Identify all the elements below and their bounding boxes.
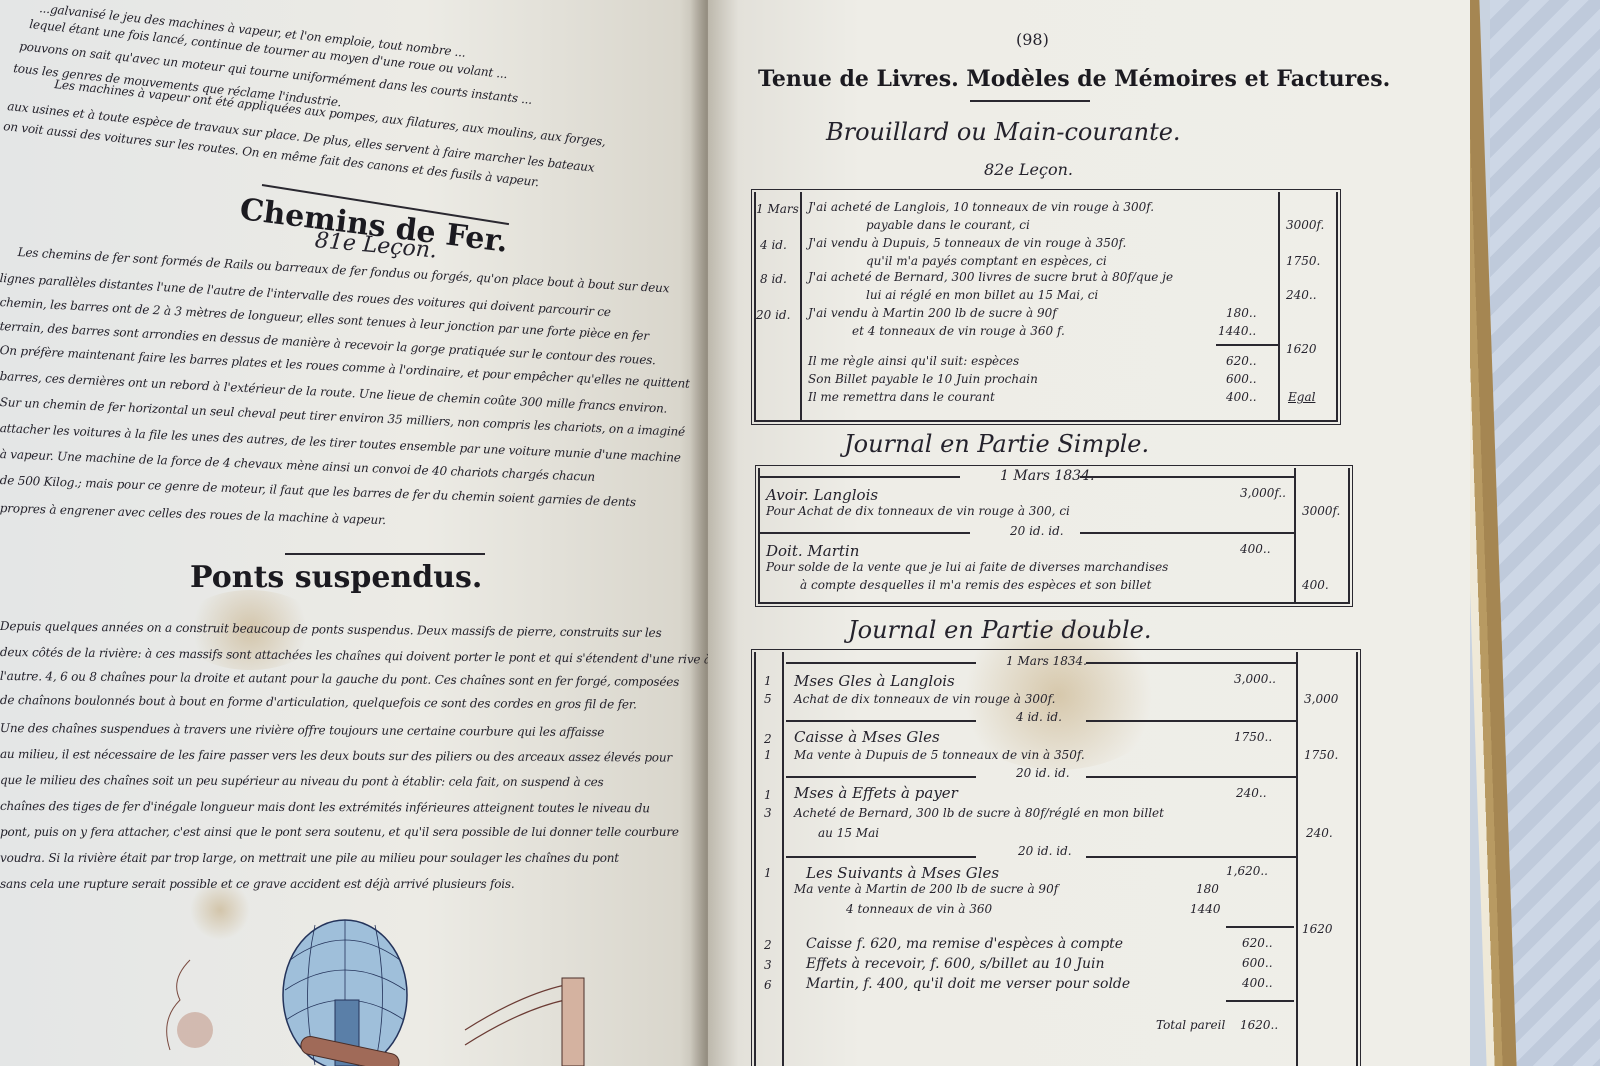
brouillard-ledger: 1 Mars J'ai acheté de Langlois, 10 tonne… (754, 192, 1338, 422)
folio-column-rule (782, 652, 784, 1066)
body-line: Depuis quelques années on a construit be… (0, 620, 700, 639)
subtotal-rule (1216, 344, 1278, 346)
date-rule (786, 662, 976, 664)
entry-line: lui ai réglé en mon billet au 15 Mai, ci (866, 288, 1098, 302)
entry-total: 1620 (1286, 342, 1317, 356)
left-page: ...galvanisé le jeu des machines à vapeu… (0, 0, 708, 1066)
entry-line: J'ai acheté de Bernard, 300 livres de su… (808, 270, 1173, 284)
folio: 5 (764, 692, 772, 706)
row-amount: 180 (1196, 882, 1219, 896)
block-total: 1620 (1302, 922, 1333, 936)
journal-simple-ledger: 1 Mars 1834. Avoir. Langlois 3,000f.. Po… (758, 468, 1350, 604)
block-date: 20 id. id. (1016, 766, 1070, 780)
journal-row: Mses à Effets à payer (794, 784, 958, 802)
entry-line: J'ai vendu à Martin 200 lb de sucre à 90… (808, 306, 1057, 320)
row-amount: 1440 (1190, 902, 1221, 916)
journal-row: Mses Gles à Langlois (794, 672, 955, 690)
body-line: chaînes des tiges de fer d'inégale longu… (0, 800, 700, 814)
account-name: Doit. Martin (766, 542, 859, 560)
title-ornament (970, 100, 1090, 102)
settlement-line: Il me règle ainsi qu'il suit: espèces (808, 354, 1019, 368)
journal-row: Martin, f. 400, qu'il doit me verser pou… (806, 976, 1130, 992)
folio: 1 (764, 748, 772, 762)
illustration-balloon-bridge (100, 900, 620, 1066)
settlement-amount: 600.. (1226, 372, 1257, 386)
settlement-equal: Egal (1288, 390, 1315, 404)
block-date: 20 id. id. (1010, 524, 1064, 538)
date-rule (786, 720, 976, 722)
journal-row: au 15 Mai (818, 826, 879, 840)
body-line: pont, puis on y fera attacher, c'est ain… (0, 826, 700, 838)
date-rule (786, 856, 976, 858)
journal-row: Ma vente à Martin de 200 lb de sucre à 9… (794, 882, 1058, 896)
settlement-line: Son Billet payable le 10 Juin prochain (808, 372, 1038, 386)
entry-desc: Pour Achat de dix tonneaux de vin rouge … (766, 504, 1070, 518)
folio: 3 (764, 958, 772, 972)
journal-double-title: Journal en Partie double. (848, 616, 1152, 644)
date-rule (1086, 662, 1296, 664)
row-amount: 1750.. (1234, 730, 1272, 744)
ornament-rule (285, 553, 485, 555)
account-name: Avoir. Langlois (766, 486, 878, 504)
subtotal-rule (1226, 926, 1294, 928)
entry-date: 1 Mars (756, 202, 799, 216)
folio: 1 (764, 674, 772, 688)
section-title-ponts-suspendus: Ponts suspendus. (190, 560, 482, 595)
entry-desc: Pour solde de la vente que je lui ai fai… (766, 560, 1168, 574)
body-line: deux côtés de la rivière: à ces massifs … (0, 646, 700, 665)
settlement-amount: 620.. (1226, 354, 1257, 368)
entry-line: et 4 tonneaux de vin rouge à 360 f. (852, 324, 1065, 338)
body-line: au milieu, il est nécessaire de les fair… (0, 748, 700, 764)
entry-total: 3000f. (1286, 218, 1324, 232)
row-amount: 240.. (1236, 786, 1267, 800)
grand-total: 1620.. (1240, 1018, 1278, 1032)
date-rule (1086, 776, 1296, 778)
entry-line: J'ai acheté de Langlois, 10 tonneaux de … (808, 200, 1154, 214)
grand-total-label: Total pareil (1156, 1018, 1225, 1032)
journal-row: Acheté de Bernard, 300 lb de sucre à 80f… (794, 806, 1164, 820)
account-amount: 400.. (1240, 542, 1271, 556)
right-page: (98) Tenue de Livres. Modèles de Mémoire… (708, 0, 1470, 1066)
journal-row: Caisse f. 620, ma remise d'espèces à com… (806, 936, 1123, 952)
row-amount: 620.. (1242, 936, 1273, 950)
body-line: voudra. Si la rivière était par trop lar… (0, 852, 700, 864)
entry-line: J'ai vendu à Dupuis, 5 tonneaux de vin r… (808, 236, 1126, 250)
entry-subtotal: 180.. (1226, 306, 1257, 320)
entry-date: 4 id. (760, 238, 787, 252)
date-rule (760, 476, 960, 478)
folio: 6 (764, 978, 772, 992)
entry-desc: à compte desquelles il m'a remis des esp… (800, 578, 1151, 592)
entry-total: 1750. (1286, 254, 1320, 268)
body-line: sans cela une rupture serait possible et… (0, 878, 700, 890)
row-amount: 600.. (1242, 956, 1273, 970)
lesson-82: 82e Leçon. (984, 160, 1073, 179)
block-total: 3,000 (1304, 692, 1338, 706)
body-line: que le milieu des chaînes soit un peu su… (0, 774, 700, 788)
date-rule (786, 776, 976, 778)
date-rule (1086, 720, 1296, 722)
entry-total: 3000f. (1302, 504, 1340, 518)
total-column-rule (1278, 192, 1280, 420)
entry-date: 8 id. (760, 272, 787, 286)
entry-subtotal: 1440.. (1218, 324, 1256, 338)
block-date: 4 id. id. (1016, 710, 1062, 724)
page-number: (98) (1016, 30, 1049, 49)
date-rule (1086, 856, 1296, 858)
journal-row: Effets à recevoir, f. 600, s/billet au 1… (806, 956, 1105, 972)
block-total: 240. (1306, 826, 1333, 840)
folio: 1 (764, 788, 772, 802)
block-date: 1 Mars 1834. (1006, 654, 1087, 668)
row-amount: 400.. (1242, 976, 1273, 990)
journal-double-ledger: 1 Mars 1834. 1 Mses Gles à Langlois 3,00… (754, 652, 1358, 1066)
entry-total: 400. (1302, 578, 1329, 592)
block-total: 1750. (1304, 748, 1338, 762)
subtotal-rule (1226, 1000, 1294, 1002)
settlement-amount: 400.. (1226, 390, 1257, 404)
row-amount: 1,620.. (1226, 864, 1268, 878)
page-title: Tenue de Livres. Modèles de Mémoires et … (758, 66, 1390, 92)
journal-row: Achat de dix tonneaux de vin rouge à 300… (794, 692, 1055, 706)
entry-line: qu'il m'a payés comptant en espèces, ci (866, 254, 1107, 268)
folio: 2 (764, 938, 772, 952)
account-amount: 3,000f.. (1240, 486, 1286, 500)
total-column-rule (1294, 468, 1296, 602)
date-rule (760, 532, 970, 534)
body-line: Une des chaînes suspendues à travers une… (0, 722, 700, 739)
date-rule (1080, 476, 1294, 478)
journal-row: Caisse à Mses Gles (794, 728, 940, 746)
body-line: l'autre. 4, 6 ou 8 chaînes pour la droit… (0, 670, 700, 688)
settlement-line: Il me remettra dans le courant (808, 390, 995, 404)
folio: 2 (764, 732, 772, 746)
row-amount: 3,000.. (1234, 672, 1276, 686)
body-line: de chaînons boulonnés bout à bout en for… (0, 694, 700, 711)
date-column-rule (800, 192, 802, 420)
journal-simple-title: Journal en Partie Simple. (844, 430, 1149, 458)
total-column-rule (1296, 652, 1298, 1066)
date-rule (1080, 532, 1294, 534)
entry-line: payable dans le courant, ci (866, 218, 1030, 232)
entry-date: 20 id. (756, 308, 790, 322)
folio: 1 (764, 866, 772, 880)
entry-total: 240.. (1286, 288, 1317, 302)
journal-row: Ma vente à Dupuis de 5 tonneaux de vin à… (794, 748, 1085, 762)
journal-row: Les Suivants à Mses Gles (806, 864, 999, 882)
block-date: 20 id. id. (1018, 844, 1072, 858)
folio: 3 (764, 806, 772, 820)
brouillard-title: Brouillard ou Main-courante. (826, 118, 1181, 146)
journal-row: 4 tonneaux de vin à 360 (846, 902, 992, 916)
